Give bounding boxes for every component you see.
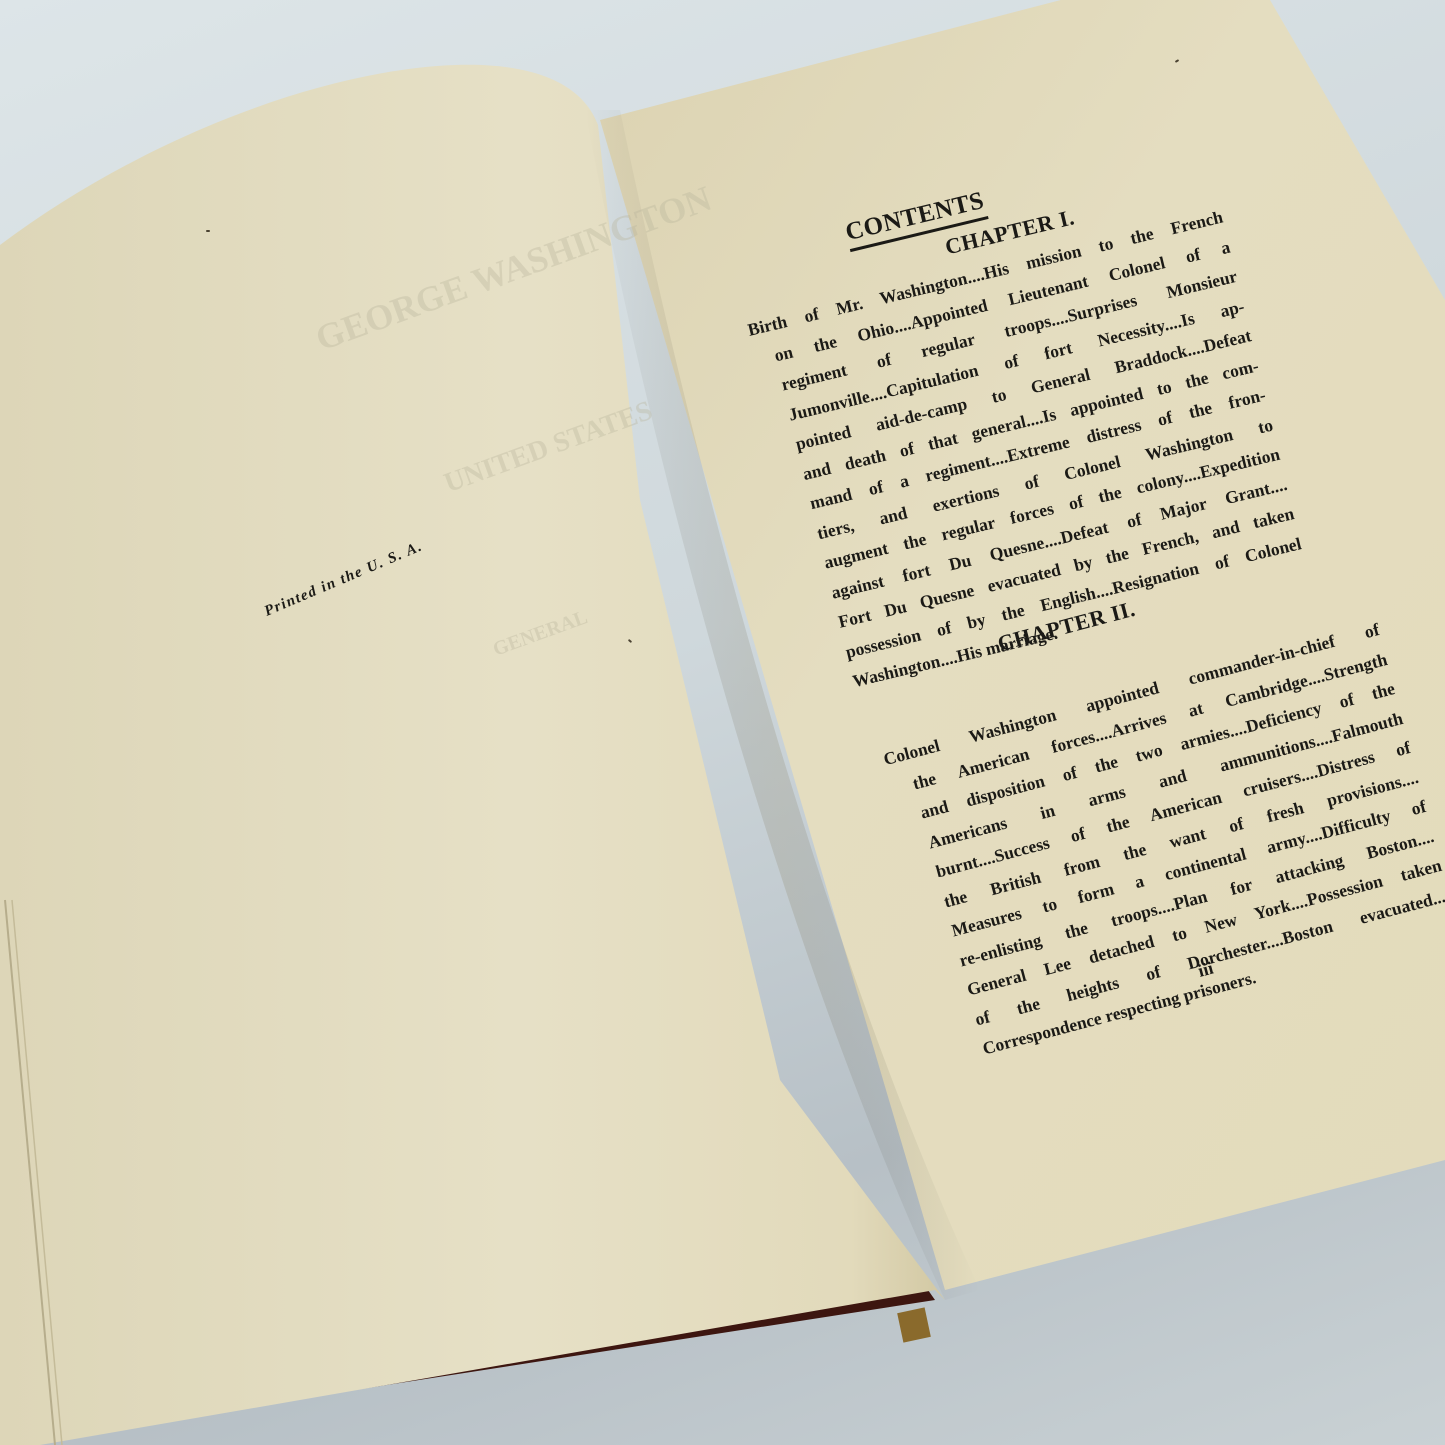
paper-speck [206, 230, 210, 232]
contents-chapter-1: CONTENTS CHAPTER I. Birth of Mr. Washing… [758, 245, 1288, 372]
photo-scene: GEORGE WASHINGTON UNITED STATES GENERAL … [0, 0, 1445, 1445]
